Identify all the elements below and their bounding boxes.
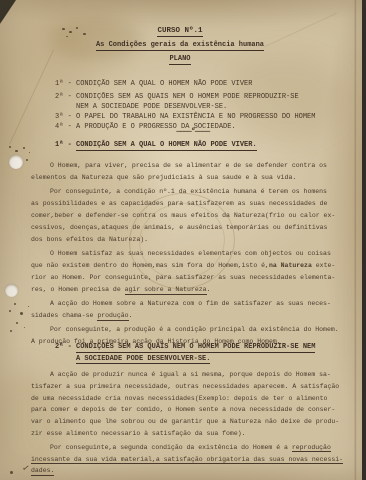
text-line: Por conseguinte, a produção é a condição… [31,324,353,336]
text-segment: 2ª - [55,343,76,351]
text-segment: incessante da sua vida material,a satisf… [31,456,343,465]
text-line: A acção de produzir nunca é igual a si m… [31,369,353,381]
text-line: dos bons efeitos da Natureza). [31,234,353,246]
text-line: de uma necessidade cria novas necessidad… [31,393,353,405]
text-line: Por conseguinte, a condição nº.1 da exis… [31,186,353,198]
text-line: que não existem dentro do Homem,mas sim … [31,260,353,272]
ink-speck [9,146,11,148]
text-segment: . [129,312,133,319]
plan-list: 1ª - CONDIÇÃO SEM A QUAL O HOMEM NÃO POD… [55,79,315,132]
text-line: sidades chama-se produção. [31,310,353,322]
text-segment: NEM A SOCIEDADE PODE DESENVOLVER-SE. [76,103,227,111]
scan-edge-strip [362,0,366,480]
plan-item-1: 1ª - CONDIÇÃO SEM A QUAL O HOMEM NÃO POD… [55,79,315,89]
section-2-title-cont: A SOCIEDADE PODE DESENVOLVER-SE. [55,354,315,366]
text-segment: A SOCIEDADE PODE DESENVOLVER-SE. [76,355,210,365]
ink-speck [26,159,28,161]
course-subtitle: As Condições gerais da existência humana [96,41,264,51]
text-segment: O Homem satisfaz as suas necessidades el… [50,250,331,257]
text-segment: reprodução [292,444,331,453]
paper-edge-crease [354,0,357,480]
plan-heading: PLANO [169,55,190,65]
text-line: comer,beber e defender-se contra os maus… [31,210,353,222]
punch-hole [5,284,18,297]
corner-fold-mark [0,0,16,24]
ink-speck [24,327,25,328]
text-segment: A acção de produzir nunca é igual a si m… [50,371,331,378]
text-segment: elementos da Natureza que são prejudicia… [31,174,296,181]
text-line: var o alimento que lhe sobrou ou de gara… [31,416,353,428]
ink-speck [10,471,13,474]
text-line: dades. [31,465,353,477]
text-line: incessante da sua vida material,a satisf… [31,454,353,466]
text-line: as possibilidades e as capacidades para … [31,198,353,210]
ink-speck [14,303,16,305]
course-title: CURSO Nº.1 [157,27,202,37]
text-segment: 1ª - CONDIÇÃO SEM A QUAL O HOMEM NÃO POD… [55,80,252,88]
text-segment: 3ª - O PAPEL DO TRABALHO NA EXISTÊNCIA E… [55,113,315,121]
text-segment: dades. [31,467,54,476]
text-segment: na Natureza [269,262,312,269]
text-line: A acção do Homem sobre a Natureza com o … [31,298,353,310]
text-segment: A acção do Homem sobre a Natureza com o … [50,300,331,307]
section-1-title: 1ª - CONDIÇÃO SEM A QUAL O HOMEM NÃO POD… [55,141,257,149]
text-segment: res, o Homem precisa de [31,286,125,293]
ink-speck [9,310,11,312]
text-line: tisfazer a sua primeira necessidade, out… [31,381,353,393]
text-segment: que não existem dentro do Homem,mas sim … [31,262,269,269]
text-segment: Por conseguinte, a condição nº.1 da exis… [50,188,327,195]
section-2-body: A acção de produzir nunca é igual a si m… [31,369,353,477]
text-segment: Por conseguinte, a produção é a condição… [50,326,339,333]
text-segment: comer,beber e defender-se contra os maus… [31,212,335,219]
punch-hole [9,155,23,169]
ink-speck [66,36,68,37]
ink-speck [28,306,29,307]
text-segment: 2ª - CONDIÇÕES SEM AS QUAIS NEM O HOMEM … [55,93,299,101]
plan-item-2-cont: NEM A SOCIEDADE PODE DESENVOLVER-SE. [55,102,315,112]
text-segment: agir sobre a Natureza [125,286,207,295]
text-segment: exte- [312,262,335,269]
section-2-title: 2ª - CONDIÇÕES SEM AS QUAIS NEM O HOMEM … [55,342,315,354]
text-line: cessivos, doenças,ataques de animais, e … [31,222,353,234]
text-line: O Homem satisfaz as suas necessidades el… [31,248,353,260]
text-line: rior ao Homem. Por conseguinte, para sat… [31,272,353,284]
text-segment: Por conseguinte,a segunda condição da ex… [50,444,292,451]
text-segment: var o alimento que lhe sobrou ou de gara… [31,418,339,425]
plan-item-2: 2ª - CONDIÇÕES SEM AS QUAIS NEM O HOMEM … [55,92,315,102]
pen-check-mark: ✓ [21,463,30,474]
paper-stain [50,18,140,60]
ink-speck [23,147,25,149]
text-segment: O Homem, para viver, precisa de se alime… [50,162,327,169]
text-segment: dos bons efeitos da Natureza). [31,236,148,243]
course-subtitle-row: As Condições gerais da existência humana [0,41,360,49]
text-segment: cessivos, doenças,ataques de animais, e … [31,224,327,231]
plan-item-3: 3ª - O PAPEL DO TRABALHO NA EXISTÊNCIA E… [55,112,315,122]
section-2-heading: 2ª - CONDIÇÕES SEM AS QUAIS NEM O HOMEM … [55,342,315,365]
text-line: res, o Homem precisa de agir sobre a Nat… [31,284,353,296]
text-segment: sidades chama-se [31,312,97,319]
text-line: zir esse alimento necessario à satisfaçã… [31,428,353,440]
ink-speck [29,152,30,153]
text-line: Por conseguinte,a segunda condição da ex… [31,442,353,454]
text-line: elementos da Natureza que são prejudicia… [31,172,353,184]
text-segment: CONDIÇÃO SEM A QUAL O HOMEM NÃO PODE VIV… [76,141,257,151]
text-segment: de uma necessidade cria novas necessidad… [31,395,327,402]
scanned-document-page: ✓ CURSO Nº.1 As Condições gerais da exis… [0,0,366,480]
text-segment: as possibilidades e as capacidades para … [31,200,327,207]
text-segment: produção [97,312,128,321]
section-separator: ————º———— [10,128,366,136]
ink-speck [20,312,23,315]
course-title-row: CURSO Nº.1 [0,27,360,35]
text-segment: zir esse alimento necessario à satisfaçã… [31,430,246,437]
text-segment: 1ª - [55,141,76,149]
section-1-body: O Homem, para viver, precisa de se alime… [31,160,353,348]
text-segment: rior ao Homem. Por conseguinte, para sat… [31,274,335,281]
plan-heading-row: PLANO [0,55,360,63]
text-segment: para comer e depois de ter comido, o Hom… [31,406,335,413]
ink-speck [10,330,12,332]
text-line: para comer e depois de ter comido, o Hom… [31,404,353,416]
text-segment: tisfazer a sua primeira necessidade, out… [31,383,339,390]
ink-speck [16,322,18,324]
text-line: O Homem, para viver, precisa de se alime… [31,160,353,172]
text-segment: . [207,286,211,293]
text-segment: CONDIÇÕES SEM AS QUAIS NEM O HOMEM PODE … [76,343,315,353]
section-1-heading: 1ª - CONDIÇÃO SEM A QUAL O HOMEM NÃO POD… [55,141,257,149]
ink-speck [15,150,18,152]
